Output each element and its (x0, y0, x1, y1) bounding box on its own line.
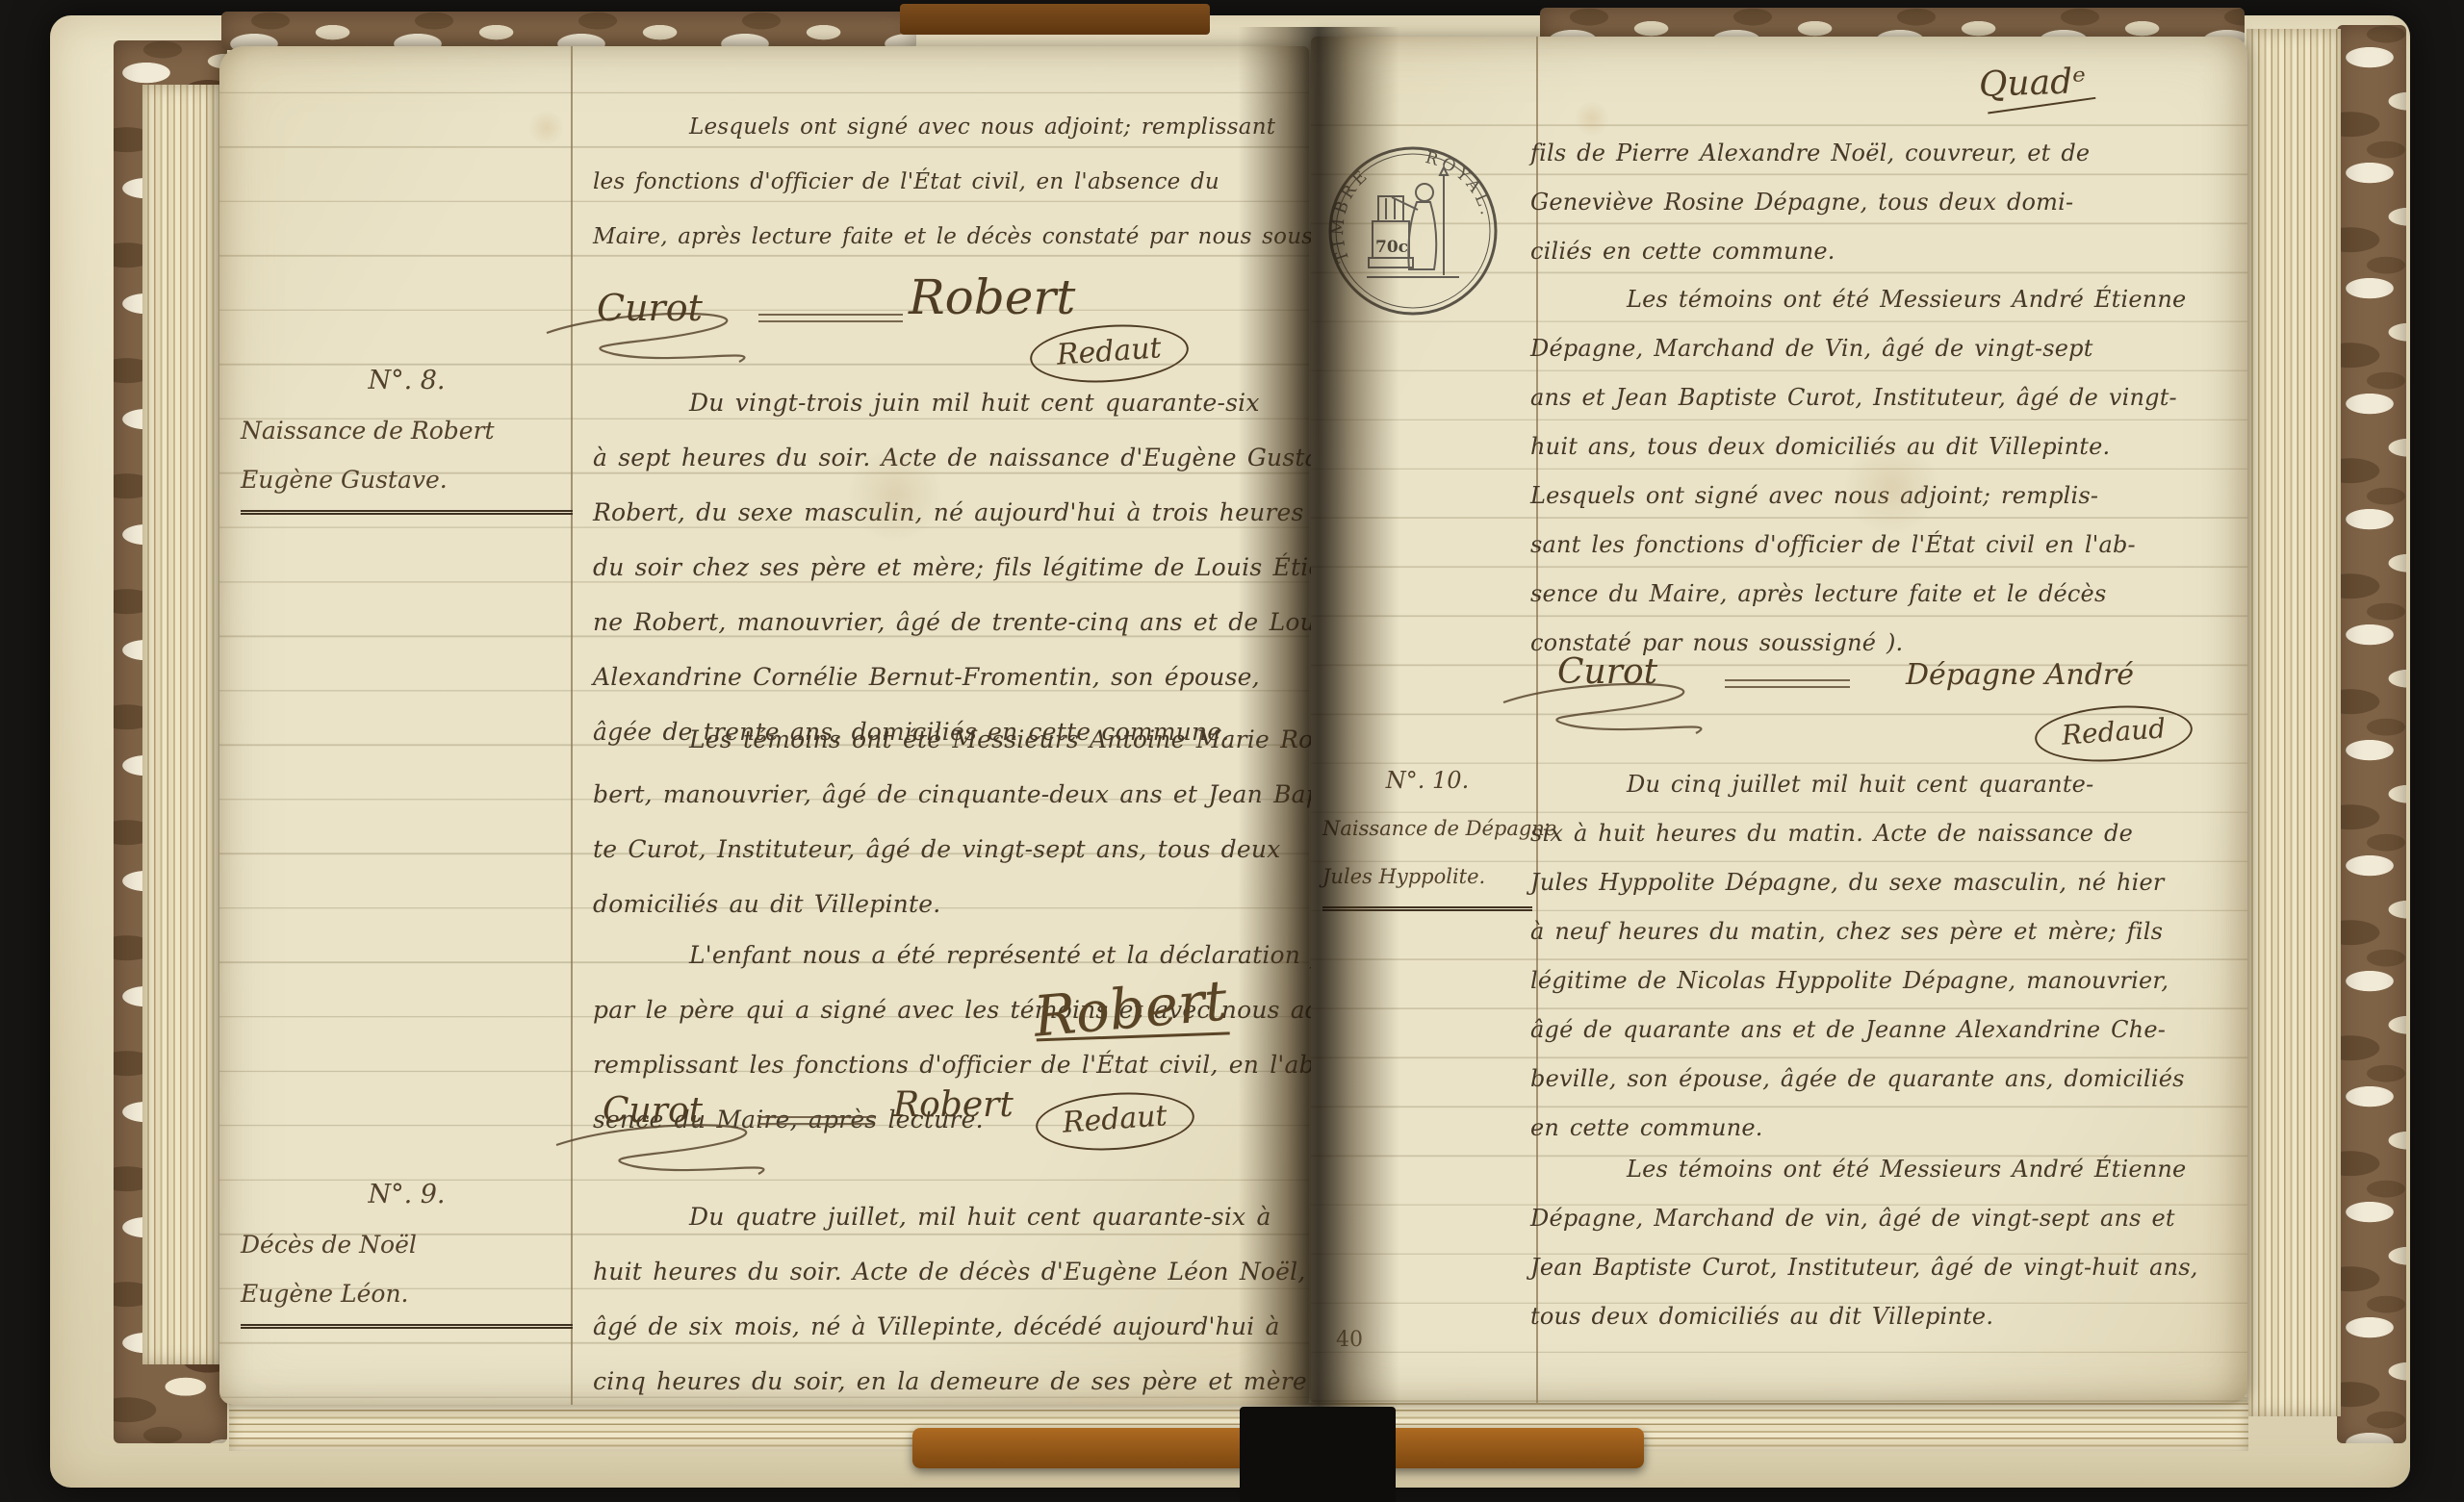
handwritten-line: six à huit heures du matin. Acte de nais… (1530, 809, 2233, 858)
handwritten-line: huit heures du soir. Acte de décès d'Eug… (593, 1244, 1276, 1299)
act10-paragraph-2: Les témoins ont été Messieurs André Étie… (1530, 1145, 2233, 1341)
handwritten-line: Les témoins ont été Messieurs Antoine Ma… (593, 712, 1276, 767)
handwritten-line: te Curot, Instituteur, âgé de vingt-sept… (593, 822, 1276, 877)
act-title-line2: Jules Hyppolite. (1322, 853, 1532, 901)
handwritten-line: âgé de six mois, né à Villepinte, décédé… (593, 1299, 1276, 1354)
handwritten-line: ne Robert, manouvrier, âgé de trente-cin… (593, 595, 1276, 649)
right-page: Quadᵉ TIMBRE ROYAL. (1311, 37, 2247, 1403)
handwritten-line: ans et Jean Baptiste Curot, Instituteur,… (1530, 373, 2233, 422)
handwritten-line: Les témoins ont été Messieurs André Étie… (1530, 1145, 2233, 1194)
handwritten-line: Robert, du sexe masculin, né aujourd'hui… (593, 485, 1276, 540)
signature-curot-1: Curot (597, 287, 703, 329)
margin-note-act10: N°. 10. Naissance de Dépagne Jules Hyppo… (1322, 756, 1532, 911)
signature-robert-2: Robert (893, 1085, 1014, 1125)
act9-paragraph-1: Du quatre juillet, mil huit cent quarant… (593, 1189, 1276, 1409)
act9-witnesses-paragraph: Les témoins ont été Messieurs André Étie… (1530, 275, 2233, 668)
handwritten-line: Du vingt-trois juin mil huit cent quaran… (593, 375, 1276, 430)
handwritten-line: cinq heures du soir, en la demeure de se… (593, 1354, 1276, 1409)
handwritten-line: à neuf heures du matin, chez ses père et… (1530, 907, 2233, 956)
svg-text:ROYAL.: ROYAL. (1424, 148, 1497, 220)
handwritten-line: du soir chez ses père et mère; fils légi… (593, 540, 1276, 595)
handwritten-line: Dépagne, Marchand de Vin, âgé de vingt-s… (1530, 324, 2233, 373)
spine-headband-top (900, 4, 1210, 35)
signature-robert-1: Robert (909, 269, 1075, 325)
handwritten-line: Du quatre juillet, mil huit cent quarant… (593, 1189, 1276, 1244)
handwritten-line: âgé de quarante ans et de Jeanne Alexand… (1530, 1006, 2233, 1055)
handwritten-line: Les témoins ont été Messieurs André Étie… (1530, 275, 2233, 324)
handwritten-line: domiciliés au dit Villepinte. (593, 877, 1276, 931)
signature-depagne-andre: Dépagne André (1906, 658, 2134, 692)
handwritten-line: bert, manouvrier, âgé de cinquante-deux … (593, 767, 1276, 822)
handwritten-line: ciliés en cette commune. (1530, 227, 2233, 276)
handwritten-line: Geneviève Rosine Dépagne, tous deux domi… (1530, 178, 2233, 227)
handwritten-line: Maire, après lecture faite et le décès c… (593, 210, 1301, 265)
marbled-endpaper-right (2337, 25, 2406, 1443)
signature-curot-2: Curot (603, 1091, 703, 1131)
act8-paragraph-1: Du vingt-trois juin mil huit cent quaran… (593, 375, 1276, 759)
handwritten-line: beville, son épouse, âgée de quarante an… (1530, 1055, 2233, 1104)
handwritten-line: huit ans, tous deux domiciliés au dit Vi… (1530, 422, 2233, 471)
stamp-text-royal: ROYAL. (1424, 148, 1497, 220)
margin-note-underline (241, 510, 573, 515)
act-title-line2: Eugène Léon. (241, 1269, 573, 1318)
handwritten-line: Lesquels ont signé avec nous adjoint; re… (1530, 471, 2233, 521)
act-title-line2: Eugène Gustave. (241, 455, 573, 504)
signature-dashes (758, 1116, 874, 1126)
act9-continuation: fils de Pierre Alexandre Noël, couvreur,… (1530, 129, 2233, 276)
handwritten-line: Jules Hyppolite Dépagne, du sexe masculi… (1530, 858, 2233, 907)
marbled-endpaper-top-left (221, 12, 916, 50)
handwritten-line: Lesquels ont signé avec nous adjoint; re… (593, 100, 1301, 155)
signature-curot-3: Curot (1557, 652, 1657, 692)
handwritten-line: Dépagne, Marchand de vin, âgé de vingt-s… (1530, 1194, 2233, 1243)
handwritten-line: Alexandrine Cornélie Bernut-Fromentin, s… (593, 649, 1276, 704)
folio-number: 40 (1336, 1328, 1363, 1352)
act10-paragraph-1: Du cinq juillet mil huit cent quarante-s… (1530, 760, 2233, 1153)
handwritten-line: à sept heures du soir. Acte de naissance… (593, 430, 1276, 485)
act-number: N°. 9. (241, 1170, 573, 1220)
handwritten-line: fils de Pierre Alexandre Noël, couvreur,… (1530, 129, 2233, 178)
stamp-text-timbre: TIMBRE (1328, 165, 1373, 265)
handwritten-line: remplissant les fonctions d'officier de … (593, 1037, 1276, 1092)
signature-dashes (758, 314, 903, 323)
stamp-figure (1367, 167, 1459, 277)
margin-note-act8: N°. 8. Naissance de Robert Eugène Gustav… (241, 356, 573, 515)
handwritten-line: les fonctions d'officier de l'État civil… (593, 155, 1301, 210)
act8-paragraph-2: Les témoins ont été Messieurs Antoine Ma… (593, 712, 1276, 931)
handwritten-line: Jean Baptiste Curot, Instituteur, âgé de… (1530, 1243, 2233, 1292)
spine-gap-bottom (1240, 1407, 1396, 1502)
page-stack-right-edge (2246, 29, 2341, 1416)
act7-closing-paragraph: Lesquels ont signé avec nous adjoint; re… (593, 100, 1301, 265)
timbre-royal-stamp: TIMBRE ROYAL. 70 (1324, 142, 1501, 319)
corner-annotation: Quadᵉ (1978, 62, 2087, 105)
page-stack-left-edge (142, 85, 221, 1364)
act-number: N°. 10. (1322, 756, 1532, 804)
handwritten-line: légitime de Nicolas Hyppolite Dépagne, m… (1530, 956, 2233, 1006)
handwritten-line: Du cinq juillet mil huit cent quarante- (1530, 760, 2233, 809)
svg-text:TIMBRE: TIMBRE (1328, 165, 1373, 265)
act-title-line1: Naissance de Dépagne (1322, 804, 1532, 853)
margin-note-underline (241, 1324, 573, 1329)
handwritten-line: tous deux domiciliés au dit Villepinte. (1530, 1292, 2233, 1341)
signature-dashes (1725, 679, 1850, 689)
stamp-value: 70c (1375, 238, 1408, 257)
margin-note-underline (1322, 906, 1532, 911)
handwritten-line: sence du Maire, après lecture faite et l… (1530, 570, 2233, 619)
margin-note-act9: N°. 9. Décès de Noël Eugène Léon. (241, 1170, 573, 1329)
left-page: Lesquels ont signé avec nous adjoint; re… (219, 46, 1309, 1405)
act-title-line1: Naissance de Robert (241, 406, 573, 455)
act-number: N°. 8. (241, 356, 573, 406)
signature-redaud: Redaud (2033, 700, 2194, 766)
act-title-line1: Décès de Noël (241, 1220, 573, 1269)
handwritten-line: sant les fonctions d'officier de l'État … (1530, 521, 2233, 570)
registry-book-scan: Lesquels ont signé avec nous adjoint; re… (0, 0, 2464, 1502)
